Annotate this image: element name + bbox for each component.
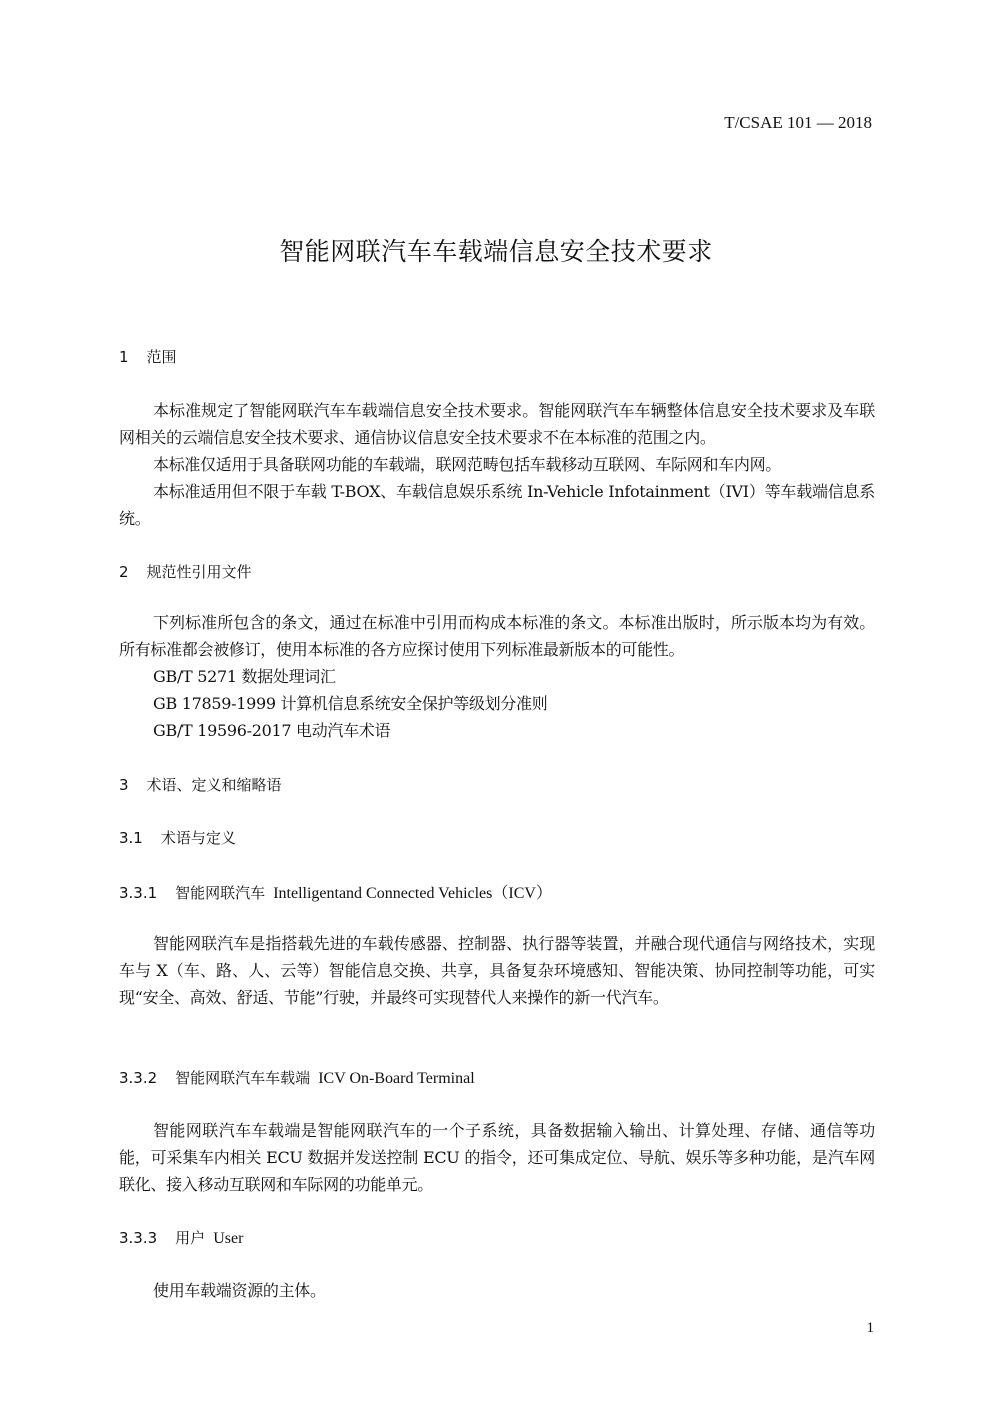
section-title: 用户 (175, 1229, 205, 1247)
section-title: 智能网联汽车车载端 (175, 1069, 310, 1087)
section-heading-3-1: 3.1术语与定义 (119, 827, 236, 848)
reference-item: GB/T 5271 数据处理词汇 (153, 663, 336, 690)
reference-item: GB/T 19596-2017 电动汽车术语 (153, 717, 390, 744)
section-heading-3-3-1: 3.3.1智能网联汽车Intelligentand Connected Vehi… (119, 880, 552, 903)
section-heading-2: 2规范性引用文件 (119, 561, 252, 582)
document-title: 智能网联汽车车载端信息安全技术要求 (0, 232, 992, 268)
section-number: 1 (119, 348, 129, 366)
section-title-en: User (213, 1230, 243, 1247)
document-code: T/CSAE 101 — 2018 (724, 113, 872, 133)
section-number: 3.1 (119, 829, 143, 847)
section-heading-3-3-2: 3.3.2智能网联汽车车载端ICV On-Board Terminal (119, 1067, 475, 1088)
page-number: 1 (867, 1320, 875, 1337)
section-title: 术语、定义和缩略语 (147, 776, 282, 794)
section-title: 智能网联汽车 (175, 884, 265, 902)
section-title: 规范性引用文件 (147, 563, 252, 581)
section-title: 术语与定义 (161, 829, 236, 847)
section-heading-3: 3术语、定义和缩略语 (119, 774, 282, 795)
paragraph: 本标准规定了智能网联汽车车载端信息安全技术要求。智能网联汽车车辆整体信息安全技术… (119, 397, 875, 451)
paragraph: 本标准适用但不限于车载 T-BOX、车载信息娱乐系统 In-Vehicle In… (119, 478, 875, 532)
definition-text: 智能网联汽车车载端是智能网联汽车的一个子系统，具备数据输入输出、计算处理、存储、… (119, 1117, 875, 1198)
section-number: 3.3.2 (119, 1069, 157, 1087)
section-title-en: Intelligentand Connected Vehicles（ICV） (273, 885, 552, 902)
definition-text: 使用车载端资源的主体。 (119, 1277, 875, 1304)
section-number: 2 (119, 563, 129, 581)
section-number: 3 (119, 776, 129, 794)
section-number: 3.3.3 (119, 1229, 157, 1247)
paragraph: 本标准仅适用于具备联网功能的车载端，联网范畴包括车载移动互联网、车际网和车内网。 (119, 451, 875, 478)
section-title: 范围 (147, 348, 177, 366)
section-heading-1: 1范围 (119, 346, 177, 367)
section-title-en: ICV On-Board Terminal (318, 1070, 474, 1087)
definition-text: 智能网联汽车是指搭载先进的车载传感器、控制器、执行器等装置，并融合现代通信与网络… (119, 930, 875, 1011)
section-number: 3.3.1 (119, 884, 157, 902)
section-heading-3-3-3: 3.3.3用户User (119, 1227, 243, 1248)
reference-item: GB 17859-1999 计算机信息系统安全保护等级划分准则 (153, 690, 547, 717)
paragraph: 下列标准所包含的条文，通过在标准中引用而构成本标准的条文。本标准出版时，所示版本… (119, 609, 875, 663)
